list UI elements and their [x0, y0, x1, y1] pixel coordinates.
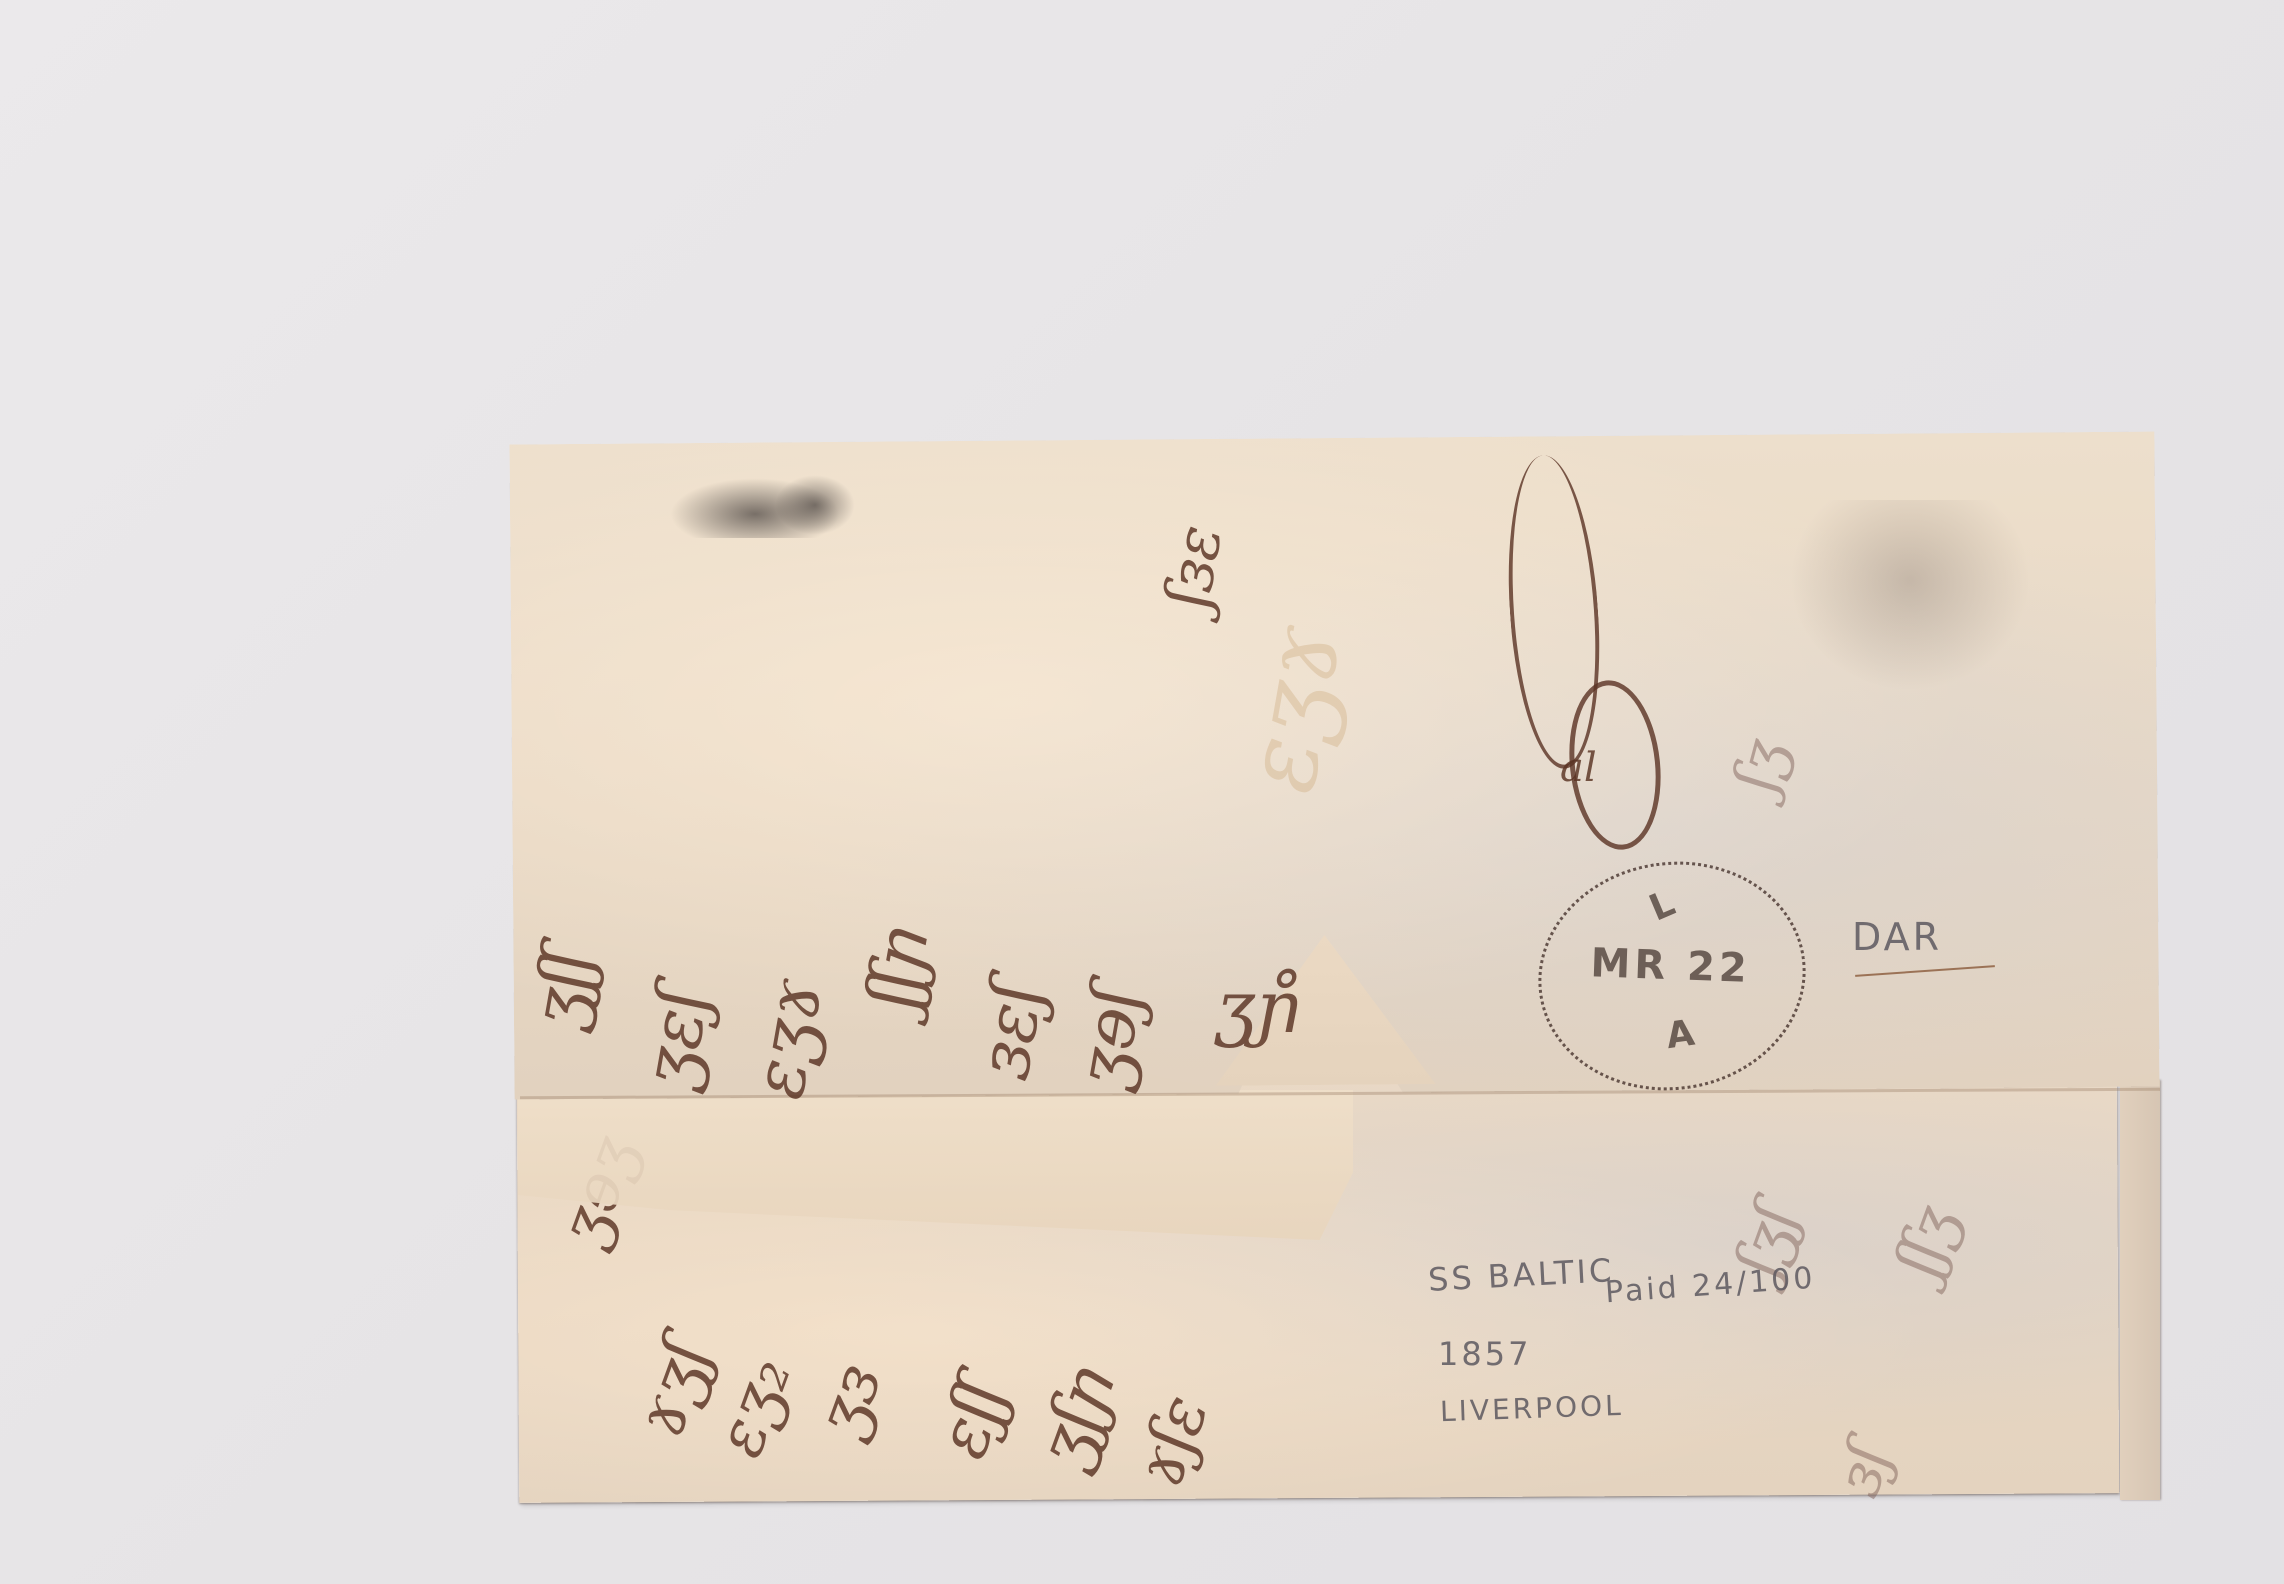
script-column: ʒɛʃ	[625, 983, 725, 1095]
pencil-note-mark: DAR	[1852, 915, 1942, 959]
letter-right-edge	[2120, 1080, 2160, 1500]
script-column: ʃʃɲ	[850, 918, 945, 1014]
script-column: ʃɜɛ	[1150, 520, 1236, 613]
ink-smudge	[775, 475, 855, 535]
script-column: ʒɘʃ	[1060, 982, 1158, 1095]
tear-script: ʒɲ̊	[1215, 965, 1302, 1049]
faded-handstamp	[1780, 500, 2040, 700]
script-column: ʒʃʃ	[515, 944, 609, 1035]
script-column: ɜɛʃ	[960, 977, 1059, 1085]
pencil-note-year: 1857	[1438, 1335, 1531, 1373]
rate-mark: al	[1560, 745, 1597, 791]
postmark-date: MR 22	[1539, 939, 1802, 994]
pencil-note-city: LIVERPOOL	[1439, 1389, 1624, 1428]
